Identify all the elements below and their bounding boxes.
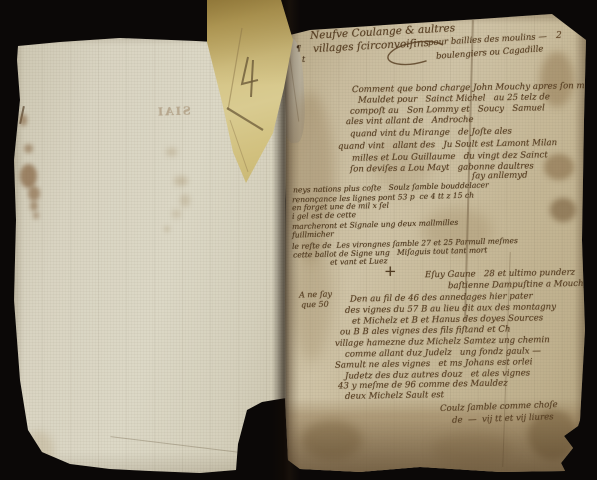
stained-bottom-band — [282, 398, 588, 474]
stain — [20, 114, 27, 126]
manuscript-line: ſon deviſes a Lou Mayt gabonne daultres — [350, 162, 534, 174]
folio-number: 2 — [556, 32, 562, 41]
manuscript-line: Eſuy Gaune 28 et ultimo punderz — [425, 269, 575, 280]
total-line: Coulz ſamble comme choſe — [440, 401, 558, 414]
stain — [172, 210, 181, 218]
paraph-flourish-icon — [381, 37, 450, 76]
stain — [544, 154, 574, 180]
manuscript-photo: 2 ¶ t Neufve Coulange & aultres villages… — [0, 0, 597, 480]
stain — [174, 176, 188, 186]
manuscript-line: i gel est de cette — [292, 211, 356, 220]
ink-stroke — [19, 106, 25, 124]
manuscript-line: et vant et Luez — [330, 257, 388, 266]
manuscript-line: quand vint du Mirange de Joſte ales — [350, 128, 512, 139]
margin-tick: t — [302, 56, 305, 64]
stain — [550, 198, 576, 222]
manuscript-line: village hamezne duz Michelz Samtez ung c… — [335, 336, 550, 348]
mirrored-stamp: SIAI — [156, 105, 191, 117]
manuscript-line: le reſte de Les virongnes ſamble 27 et 2… — [292, 237, 518, 251]
stain — [24, 431, 54, 471]
manuscript-line: renonçance les lignes pont 53 p ce 4 tt … — [292, 192, 474, 204]
manuscript-line: en forget une de mil x ſel — [292, 202, 389, 212]
stain — [24, 144, 33, 153]
stain — [422, 208, 492, 253]
stain — [540, 52, 574, 107]
manuscript-line: Den au fil de 46 des annedages hier pate… — [350, 292, 533, 304]
manuscript-line: ou B B ales vignes des fils fiſtand et C… — [340, 326, 511, 338]
stain — [528, 410, 578, 460]
right-page: 2 ¶ t Neufve Coulange & aultres villages… — [282, 12, 588, 474]
header-note-line1: pour baillies des moulins — — [428, 33, 547, 48]
manuscript-line: et Michelz et B et Hanus des doyes Sourc… — [352, 314, 543, 326]
manuscript-line: Mauldet pour Sainct Michel au 25 telz de — [358, 93, 550, 105]
manuscript-line: 43 y meſme de 96 comme des Mauldez — [338, 380, 508, 392]
stain — [164, 226, 170, 232]
stain — [432, 432, 512, 467]
edge-shading — [282, 12, 588, 474]
manuscript-line: cette ballot de Signe ung Miſaguis tout … — [293, 246, 488, 259]
stain — [302, 420, 362, 460]
manuscript-line: deux Michelz Sault est — [345, 391, 444, 401]
manuscript-line: ſay anllemyd — [472, 172, 528, 182]
stain — [20, 164, 37, 188]
manuscript-line: Samult ne ales vignes et ms Johans est o… — [335, 358, 533, 370]
fold-crease — [464, 20, 474, 320]
manuscript-line: baſtienne Dampuſtine a Mouchy — [448, 280, 589, 291]
stain — [166, 148, 177, 156]
manuscript-line: compoſt au Son Lommy et Soucy Samuel — [350, 104, 545, 116]
manuscript-line: ales vint allant de Androche — [346, 116, 474, 127]
margin-note-line: A ne ſay — [299, 290, 332, 299]
manuscript-line: milles et Lou Guillaume du vingt dez Sai… — [352, 151, 548, 163]
stain — [33, 212, 39, 219]
manuscript-line: neys nations plus coſte Soulz ſamble bou… — [293, 181, 489, 194]
manuscript-line: des vignes du 57 B au lieu dit aux des m… — [345, 303, 556, 315]
header-title-line2: villages ſcirconvoiſins — [313, 38, 429, 55]
cross-mark: + — [384, 264, 397, 279]
manuscript-line: marcheront et Signale ung deux mallmille… — [292, 219, 458, 231]
header-note-line2: boulengiers ou Cagadille — [436, 45, 544, 61]
stain — [180, 194, 190, 207]
manuscript-line: quand vint allant des Ju Soult est Lamon… — [338, 139, 557, 151]
manuscript-line: comme allant duz Judelz ung fondz gaulx … — [345, 347, 541, 359]
stain — [30, 201, 38, 211]
stain — [28, 186, 40, 201]
margin-note-line: que 50 — [301, 301, 329, 310]
fold-crease — [502, 252, 511, 467]
fold-crease — [110, 436, 239, 453]
total-line: de — vij tt et vij liures — [452, 413, 554, 425]
paper-texture — [282, 12, 588, 474]
header-title-line1: Neufve Coulange & aultres — [310, 23, 456, 41]
stain — [372, 132, 432, 192]
manuscript-line: Comment que bond charge John Mouchy apre… — [352, 82, 595, 95]
manuscript-line: Judetz des duz autres douz et ales vigne… — [345, 369, 530, 381]
